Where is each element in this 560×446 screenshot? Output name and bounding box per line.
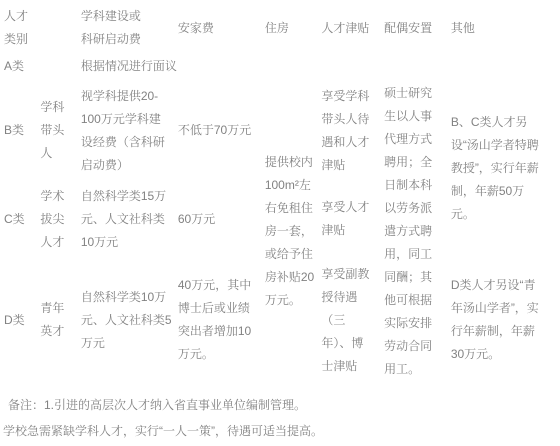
cell-d-other: D类人才另设“青年汤山学者”，实行年薪制，年薪30万元。 [449, 258, 554, 383]
footnote-remark: 备注：1.引进的高层次人才纳入省直事业单位编制管理。 [8, 392, 558, 418]
cell-a-category: A类 [2, 53, 38, 80]
header-settle: 安家费 [176, 3, 263, 53]
cell-c-fund: 自然科学类15万元、人文社科类10万元 [79, 181, 176, 258]
cell-b-settle: 不低于70万元 [176, 80, 263, 181]
cell-d-other-text: D类人才另设“青年汤山学者”，实行年薪制，年薪30万元。 [451, 274, 539, 366]
header-other: 其他 [449, 3, 554, 53]
talent-benefits-table: 人才类别 学科建设或科研启动费 安家费 住房 人才津贴 配偶安置 其他 A类 根… [2, 3, 554, 383]
page: 人才类别 学科建设或科研启动费 安家费 住房 人才津贴 配偶安置 其他 A类 根… [0, 0, 560, 446]
cell-d-title: 青年英才 [38, 258, 78, 383]
cell-a-spouse-empty [382, 53, 449, 80]
cell-c-settle: 60万元 [176, 181, 263, 258]
footnotes: 备注：1.引进的高层次人才纳入省直事业单位编制管理。 学校急需紧缺学科人才，实行… [2, 392, 558, 444]
cell-housing-merged: 提供校内100m²左右免租住房一套，或给予住房补贴20万元。 [263, 80, 320, 383]
cell-other-bc: B、C类人才另设“汤山学者特聘教授”，实行年薪制，年薪50万元。 [449, 80, 554, 258]
cell-spouse-merged: 硕士研究生以人事代理方式聘用；全日制本科以劳务派遣方式聘用，同工同酬；其他可根据… [382, 80, 449, 383]
cell-b-category: B类 [2, 80, 38, 181]
cell-d-fund-text: 自然科学类10万元、人文社科类5万元 [81, 286, 173, 355]
cell-d-category: D类 [2, 258, 38, 383]
cell-d-fund: 自然科学类10万元、人文社科类5万元 [79, 258, 176, 383]
row-a: A类 根据情况进行面议 [2, 53, 554, 80]
cell-c-title: 学术拔尖人才 [38, 181, 78, 258]
footnote-policy: 学校急需紧缺学科人才，实行“一人一策”，待遇可适当提高。 [3, 418, 558, 444]
cell-c-allowance-text: 享受人才津贴 [321, 196, 371, 242]
cell-housing-text: 提供校内100m²左右免租住房一套，或给予住房补贴20万元。 [265, 151, 317, 312]
cell-c-category: C类 [2, 181, 38, 258]
cell-b-fund: 视学科提供20-100万元学科建设经费（含科研启动费） [79, 80, 176, 181]
cell-d-allowance: 享受副教授待遇（三年）、博士津贴 [319, 258, 382, 383]
cell-c-fund-text: 自然科学类15万元、人文社科类10万元 [81, 185, 173, 254]
cell-b-allowance-text: 享受学科带头人待遇和人才津贴 [321, 85, 371, 177]
cell-a-other-empty [449, 53, 554, 80]
cell-spouse-text: 硕士研究生以人事代理方式聘用；全日制本科以劳务派遣方式聘用，同工同酬；其他可根据… [384, 82, 434, 381]
cell-d-title-text: 青年英才 [40, 297, 66, 343]
cell-a-title-empty [38, 53, 78, 80]
header-allowance: 人才津贴 [319, 3, 382, 53]
cell-c-settle-text: 60万元 [178, 208, 254, 231]
header-spouse: 配偶安置 [382, 3, 449, 53]
cell-b-title: 学科带头人 [38, 80, 78, 181]
header-category: 人才类别 [2, 3, 38, 53]
cell-b-allowance: 享受学科带头人待遇和人才津贴 [319, 80, 382, 181]
cell-b-title-text: 学科带头人 [40, 96, 66, 165]
cell-a-housing-empty [263, 53, 320, 80]
cell-d-settle-text: 40万元，其中博士后或业绩突出者增加10万元。 [178, 274, 254, 366]
cell-d-allowance-text: 享受副教授待遇（三年）、博士津贴 [321, 263, 371, 378]
header-fund-label: 学科建设或科研启动费 [81, 5, 143, 51]
header-category-label: 人才类别 [4, 5, 30, 51]
cell-a-negotiable: 根据情况进行面议 [79, 53, 263, 80]
cell-c-title-text: 学术拔尖人才 [40, 185, 66, 254]
cell-c-allowance: 享受人才津贴 [319, 181, 382, 258]
cell-other-bc-text: B、C类人才另设“汤山学者特聘教授”，实行年薪制，年薪50万元。 [451, 111, 539, 226]
header-row: 人才类别 学科建设或科研启动费 安家费 住房 人才津贴 配偶安置 其他 [2, 3, 554, 53]
header-housing: 住房 [263, 3, 320, 53]
row-b: B类 学科带头人 视学科提供20-100万元学科建设经费（含科研启动费） 不低于… [2, 80, 554, 181]
cell-d-settle: 40万元，其中博士后或业绩突出者增加10万元。 [176, 258, 263, 383]
header-spacer [38, 3, 78, 53]
header-fund: 学科建设或科研启动费 [79, 3, 176, 53]
cell-b-settle-text: 不低于70万元 [178, 119, 254, 142]
cell-a-allowance-empty [319, 53, 382, 80]
cell-b-fund-text: 视学科提供20-100万元学科建设经费（含科研启动费） [81, 85, 173, 177]
